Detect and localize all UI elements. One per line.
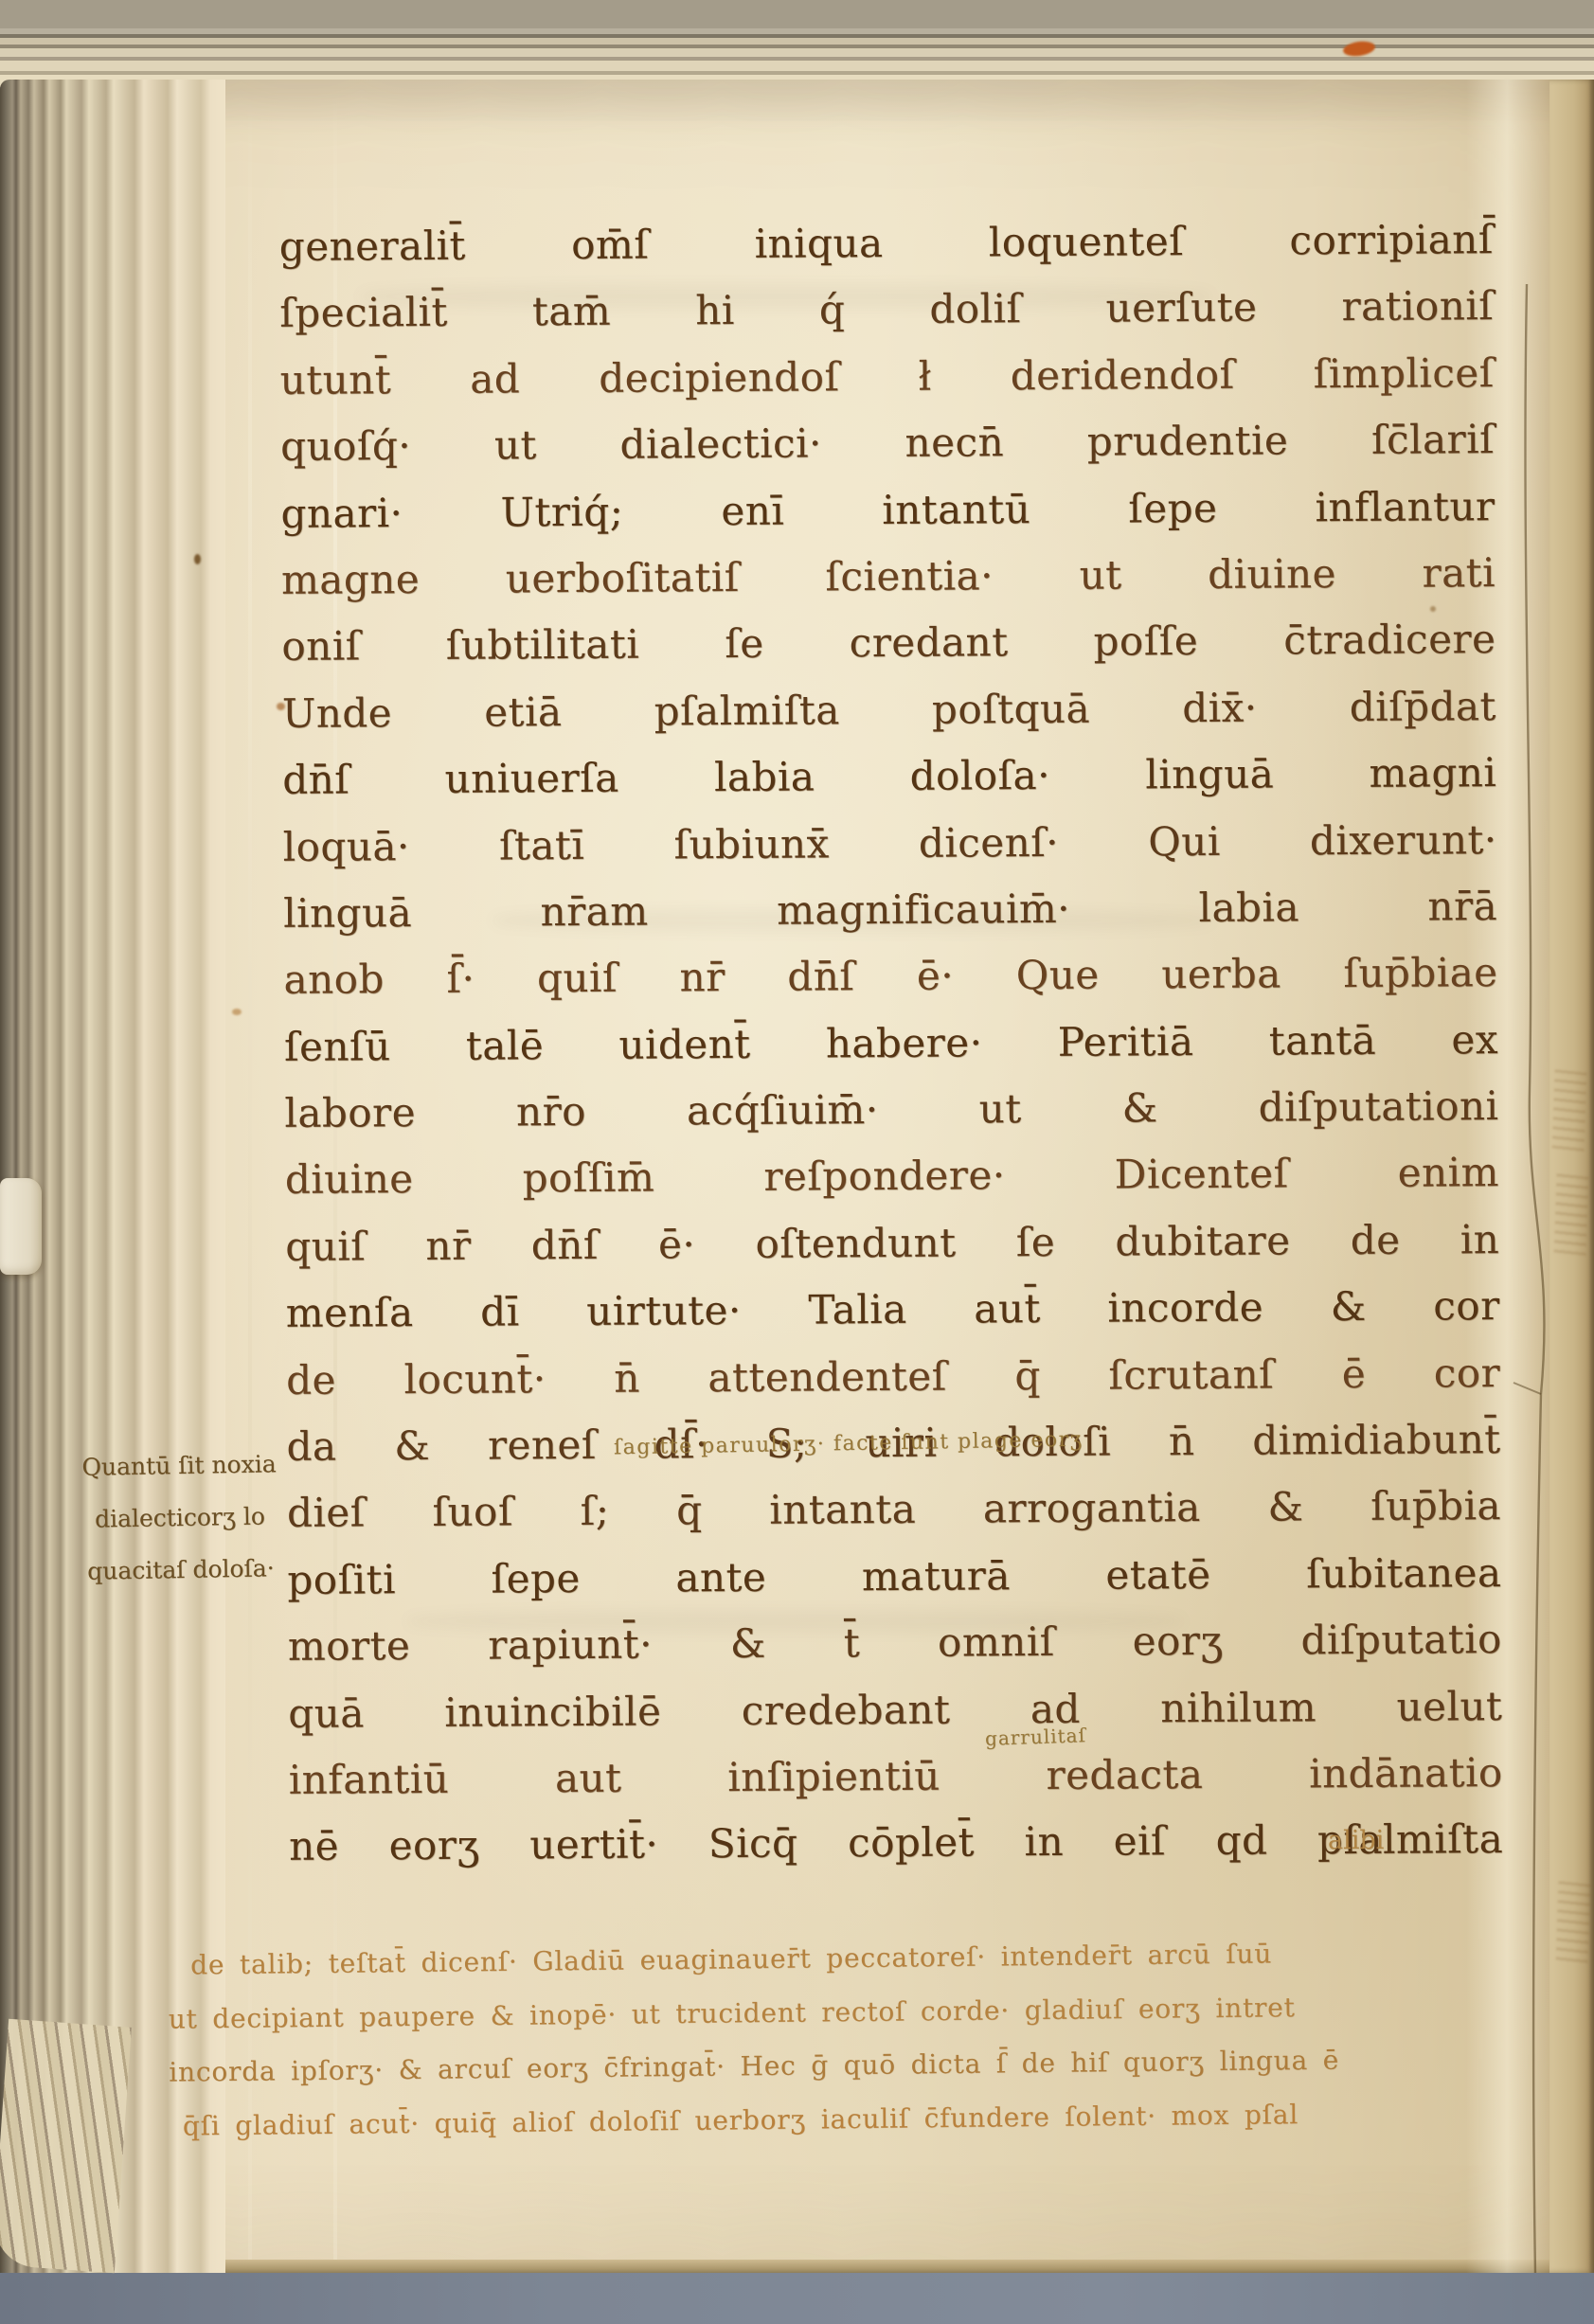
main-text-line: generalit̄ om̄ſ iniqua loquenteſ corripi…: [279, 206, 1494, 280]
main-text-line: ſenſū talē uident̄ habere· Peritiā tantā…: [284, 1007, 1498, 1081]
marginal-note-line: quacitaſ doloſa·: [80, 1542, 281, 1598]
main-text-line: quā inuincibilē credebant ad nihilum uel…: [288, 1673, 1502, 1747]
main-text-line: linguā nr̄am magnificauim̄· labia nr̄ā: [283, 873, 1497, 947]
main-text-line: quiſ nr̄ dn̄ſ ē· oſtendunt ſe dubitare d…: [285, 1207, 1499, 1280]
manuscript-photo: generalit̄ om̄ſ iniqua loquenteſ corripi…: [0, 0, 1594, 2324]
marginal-note: Quantū ſit noxia dialecticorʒ lo quacita…: [79, 1438, 282, 1598]
main-text-line: de locunt̄· n̄ attendenteſ q̄ ſcrutanſ ē…: [286, 1340, 1500, 1414]
main-text-line: ſpecialit̄ tam̄ hi q́ doliſ uerſute rati…: [279, 273, 1494, 347]
main-text-line: dn̄ſ uniuerſa labia doloſa· linguā magni: [282, 740, 1496, 813]
main-text-line: anob ſ̄· quiſ nr̄ dn̄ſ ē· Que uerba ſup̄…: [283, 939, 1497, 1013]
main-text-line: labore nr̄o acq́ſiuim̄· ut & diſputation…: [284, 1073, 1498, 1147]
ink-speck: [194, 554, 201, 564]
main-text-line: quoſq́· ut dialectici· necn̄ prudentie ſ…: [280, 406, 1495, 480]
interlinear-gloss-garrulitas: garrulitaſ: [985, 1724, 1087, 1750]
main-text-line: nē eorʒ uertit̄· Sicq̄ cōplet̄ in eiſ qd…: [289, 1806, 1503, 1880]
main-text-line: Unde etiā pſalmiſta poſtquā dix̄· diſp̄d…: [282, 673, 1496, 747]
bottom-addition-block: de talib; teſtat̄ dicenſ· Gladiū euagina…: [168, 1924, 1552, 2153]
main-text-line: diuine poſſim̄ reſpondere· Dicenteſ enim: [285, 1140, 1499, 1214]
main-text-line: magne uerboſitatiſ ſcientia· ut diuine r…: [281, 540, 1495, 614]
marginal-addition-alibi: alibi: [1328, 1826, 1384, 1855]
parchment-crease: [248, 91, 252, 2260]
marginal-note-line: dialecticorʒ lo: [80, 1490, 281, 1546]
main-text-line: gnari· Utriq́; enī intantū ſepe inflantu…: [280, 474, 1495, 547]
main-text-line: oniſ ſubtilitati ſe credant poſſe c̄trad…: [281, 606, 1495, 680]
main-text-line: morte rapiunt̄· & t̄ omniſ eorʒ diſputat…: [288, 1606, 1502, 1680]
main-text-line: poſiti ſepe ante maturā etatē ſubitanea: [287, 1540, 1501, 1614]
main-text-line: loquā· ſtatī ſubiunx̄ dicenſ· Qui dixeru…: [283, 807, 1497, 881]
main-text-line: menſa dī uirtute· Talia aut̄ incorde & c…: [286, 1273, 1500, 1347]
main-text-line: dieſ ſuoſ ſ; q̄ intanta arrogantia & ſup…: [287, 1473, 1501, 1546]
rust-speck: [232, 1009, 242, 1015]
main-text-line: utunt̄ ad decipiendoſ ł deridendoſ ſimpl…: [279, 340, 1494, 414]
main-text-line: infantiū aut inſipientiū redacta indānat…: [289, 1740, 1503, 1814]
marginal-note-line: Quantū ſit noxia: [79, 1438, 280, 1493]
main-text-block: generalit̄ om̄ſ iniqua loquenteſ corripi…: [279, 206, 1504, 1881]
